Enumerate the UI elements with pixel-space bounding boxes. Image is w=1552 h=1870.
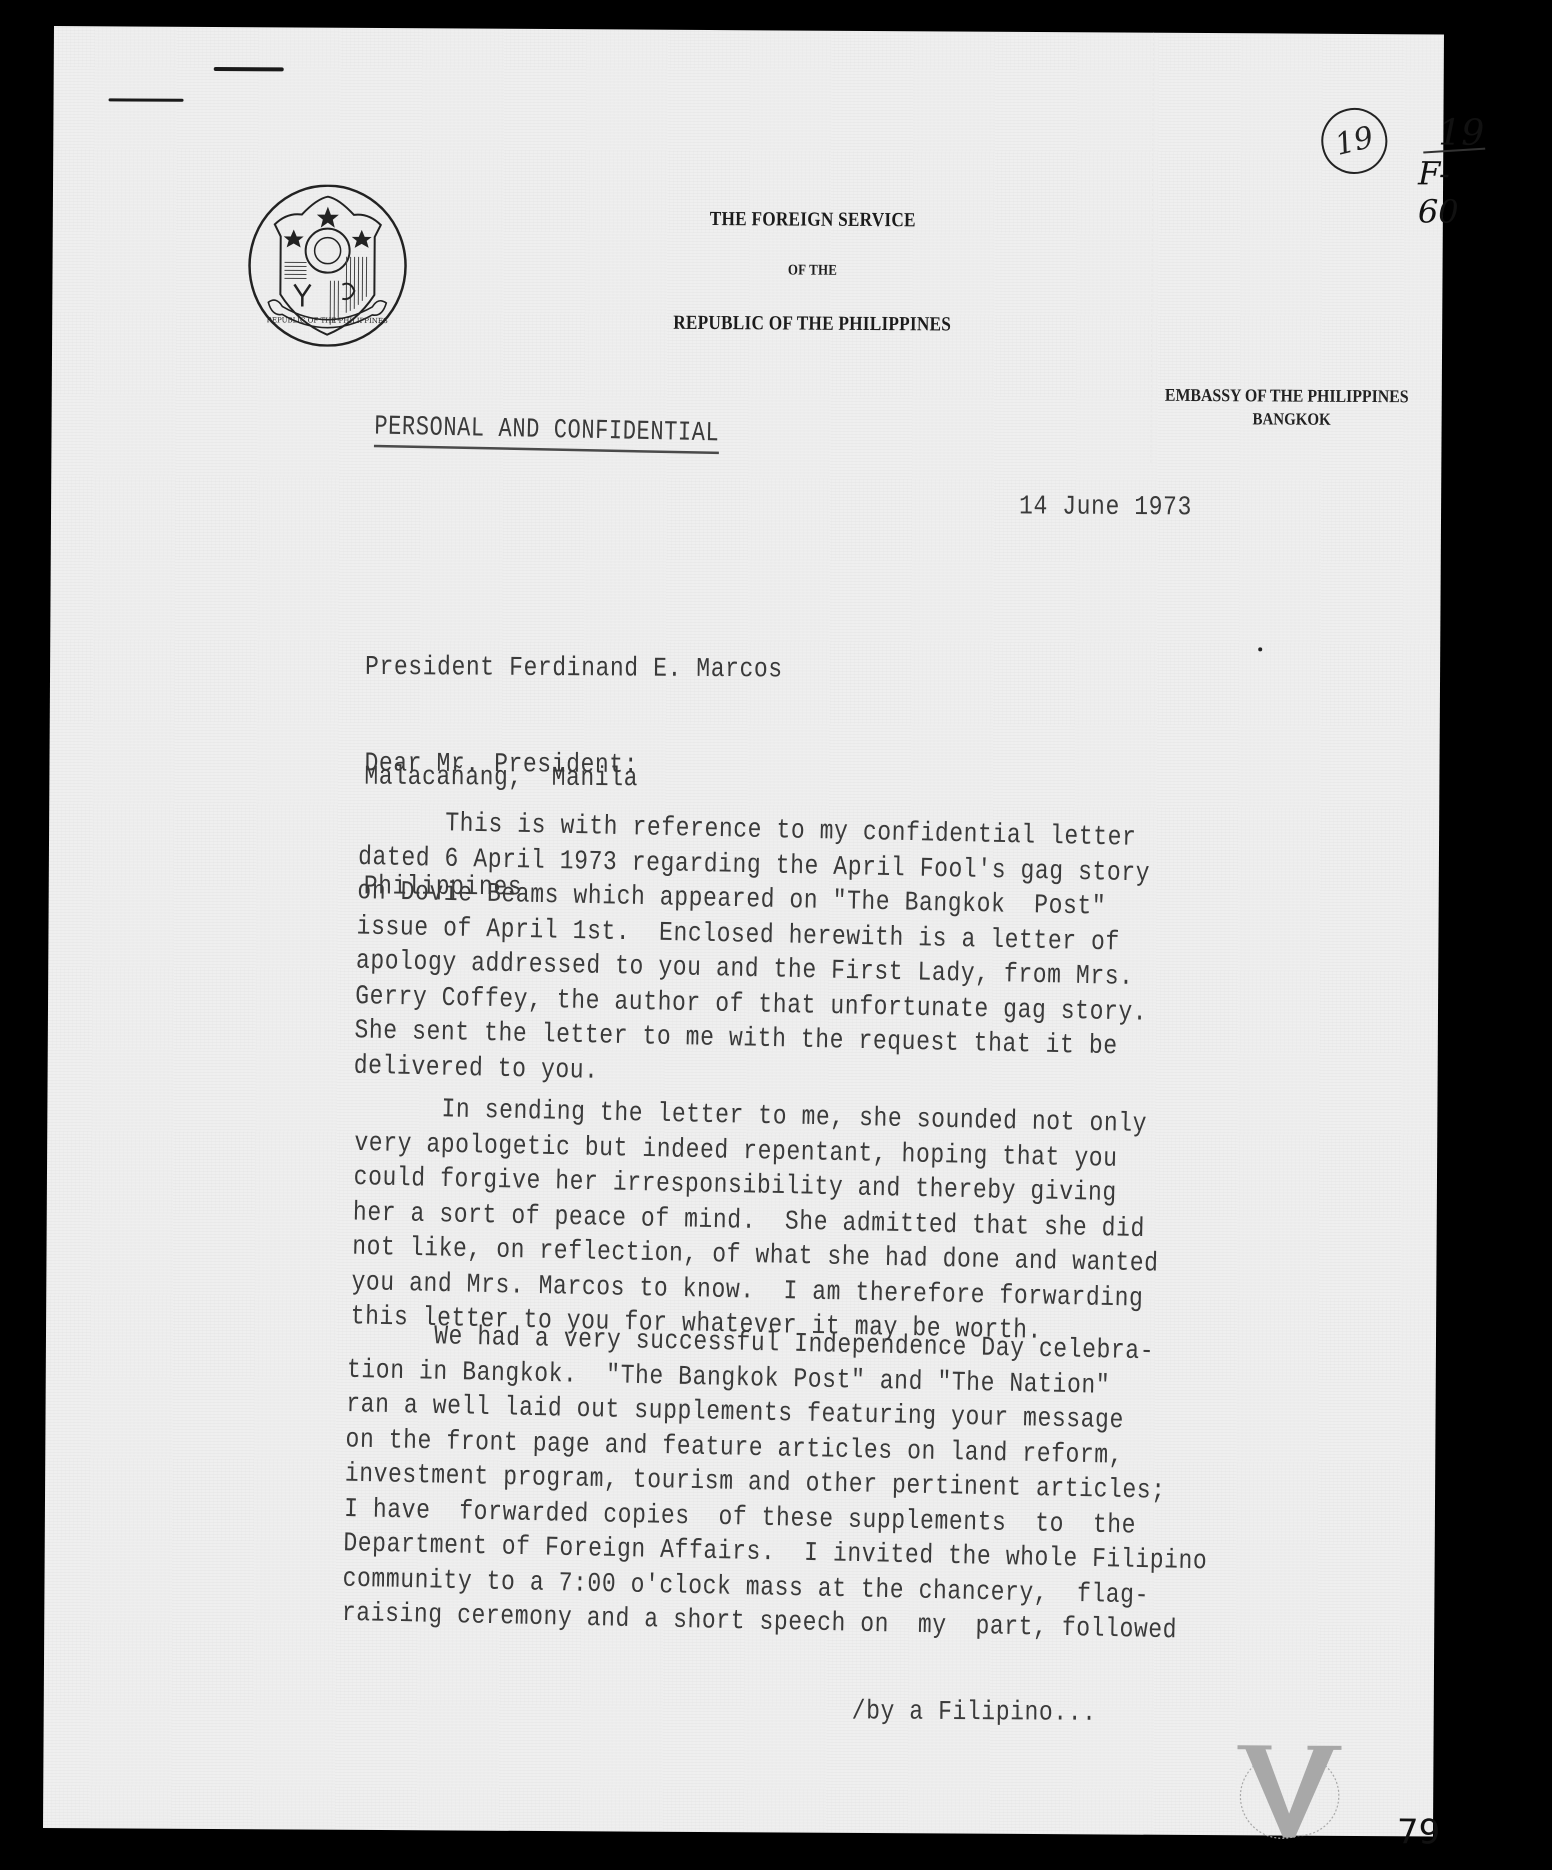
recipient-line: President Ferdinand E. Marcos bbox=[365, 649, 783, 688]
coat-of-arms-seal-icon: REPUBLIC OF THE PHILIPPINES bbox=[246, 184, 409, 347]
embassy-name: EMBASSY OF THE PHILIPPINES bbox=[1142, 385, 1433, 408]
folio-file-code: F-60 bbox=[1418, 154, 1459, 230]
page-number: 79 bbox=[1397, 1812, 1441, 1852]
svg-text:REPUBLIC OF THE PHILIPPINES: REPUBLIC OF THE PHILIPPINES bbox=[267, 316, 388, 325]
body-paragraph-1: This is with reference to my confidentia… bbox=[353, 805, 1151, 1100]
vera-files-watermark-icon bbox=[1237, 1741, 1342, 1840]
letterhead-line-1: THE FOREIGN SERVICE bbox=[675, 208, 950, 233]
circled-document-number: 19 bbox=[1314, 101, 1394, 181]
body-paragraph-3: We had a very successful Independence Da… bbox=[342, 1318, 1213, 1649]
classification-label: PERSONAL AND CONFIDENTIAL bbox=[374, 411, 720, 454]
letterhead-line-2: OF THE bbox=[726, 262, 898, 280]
letter-date: 14 June 1973 bbox=[1019, 491, 1192, 523]
ink-mark bbox=[214, 67, 284, 71]
body-paragraph-2: In sending the letter to me, she sounded… bbox=[350, 1091, 1161, 1352]
continuation-note: /by a Filipino... bbox=[852, 1696, 1097, 1728]
scan-speck bbox=[1258, 647, 1262, 651]
letter-page: REPUBLIC OF THE PHILIPPINES THE FOREIGN … bbox=[43, 26, 1444, 1836]
embassy-city: BANGKOK bbox=[1212, 409, 1371, 430]
salutation: Dear Mr. President: bbox=[364, 748, 638, 780]
letterhead-line-3: REPUBLIC OF THE PHILIPPINES bbox=[640, 312, 984, 337]
ink-mark bbox=[109, 98, 184, 101]
